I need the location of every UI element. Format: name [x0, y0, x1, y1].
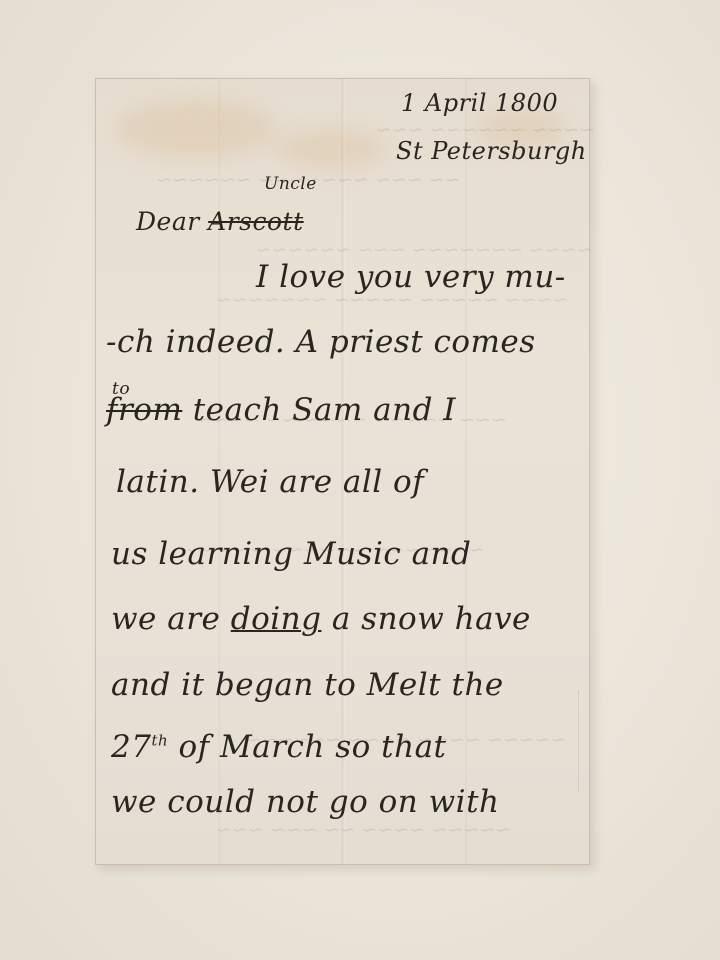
salutation-greeting: Dear: [136, 207, 200, 236]
letter-place: St Petersburgh: [396, 137, 587, 165]
letter-date: 1 April 1800: [401, 89, 558, 117]
foxing-stain: [276, 129, 386, 169]
inserted-word-uncle: Uncle: [264, 174, 317, 194]
body-line-9: we could not go on with: [111, 784, 500, 820]
struck-word-arscott: Arscott: [208, 207, 303, 236]
letter-sheet: ~~~~ ~~~~~~ ~~~ ~~ ~~~ ~~~~~~~ ~~~~~~ ~~…: [95, 78, 590, 865]
foxing-stain: [116, 99, 276, 159]
body-line-6: we are doing a snow have: [111, 601, 531, 637]
edge-pencil-marks: [578, 691, 587, 791]
body-line-5: us learning Music and: [111, 536, 471, 572]
body-line-7: and it began to Melt the: [111, 667, 504, 703]
body-line-1: I love you very mu-: [256, 259, 566, 295]
body-line-4: latin. Wei are all of: [116, 464, 424, 500]
body-line-8: 27th of March so that: [111, 729, 447, 765]
bleed-through-text: ~~~~ ~~~~~~~ ~~~ ~~~~~~: [256, 239, 593, 261]
body-line-2: -ch indeed. A priest comes: [106, 324, 536, 360]
bleed-through-text: ~~~~~ ~~~~ ~~ ~~~ ~~~: [216, 819, 511, 841]
struck-word-from: from: [106, 392, 182, 428]
underlined-word-doing: doing: [231, 601, 322, 637]
salutation: Dear Arscott: [136, 207, 304, 236]
body-line-3: from teach Sam and I: [106, 392, 456, 428]
